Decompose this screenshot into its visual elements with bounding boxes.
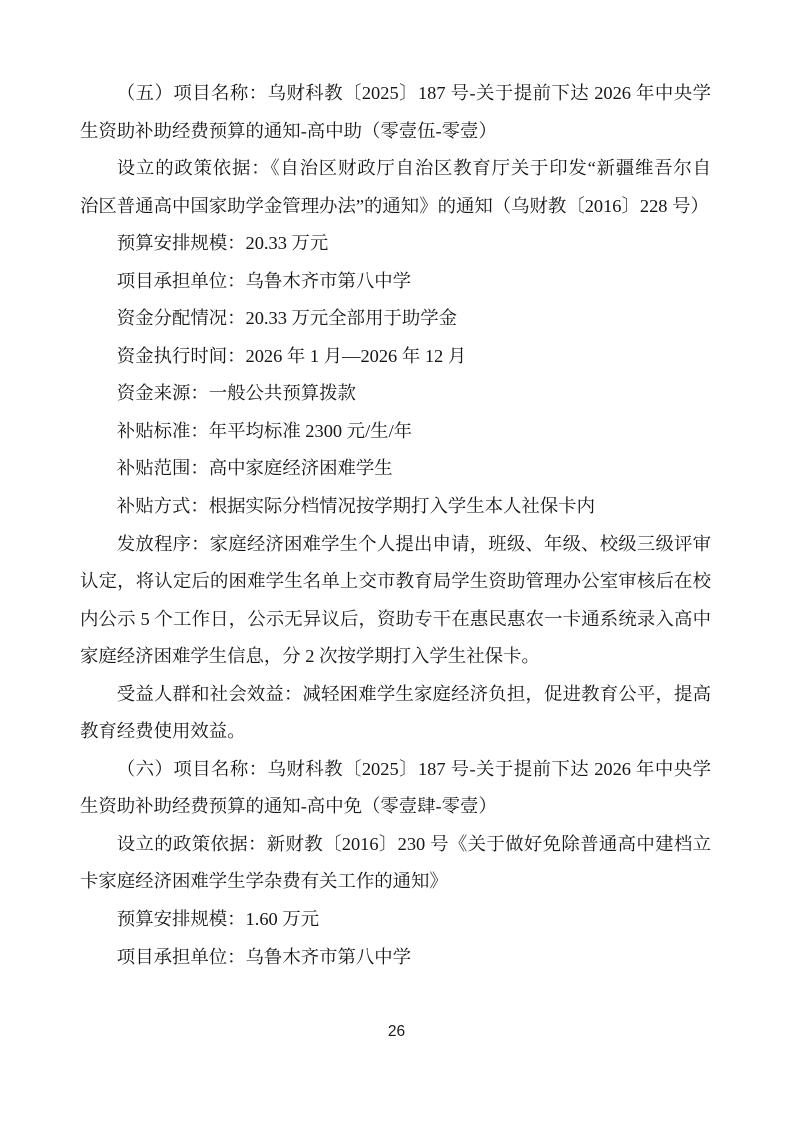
document-line: 设立的政策依据：《自治区财政厅自治区教育厅关于印发“新疆维吾尔自 xyxy=(80,150,711,188)
paragraph: 设立的政策依据：《自治区财政厅自治区教育厅关于印发“新疆维吾尔自治区普通高中国家… xyxy=(80,150,711,225)
paragraph: 项目承担单位：乌鲁木齐市第八中学 xyxy=(80,263,711,301)
paragraph: 资金执行时间：2026 年 1 月—2026 年 12 月 xyxy=(80,338,711,376)
document-line: 家庭经济困难学生信息，分 2 次按学期打入学生社保卡。 xyxy=(80,638,711,676)
document-line: 卡家庭经济困难学生学杂费有关工作的通知》 xyxy=(80,863,711,901)
paragraph: （六）项目名称：乌财科教〔2025〕187 号-关于提前下达 2026 年中央学… xyxy=(80,751,711,826)
document-line: 资金来源：一般公共预算拨款 xyxy=(80,375,711,413)
paragraph: 补贴方式：根据实际分档情况按学期打入学生本人社保卡内 xyxy=(80,488,711,526)
document-line: 补贴标准：年平均标准 2300 元/生/年 xyxy=(80,413,711,451)
paragraph: 预算安排规模：20.33 万元 xyxy=(80,225,711,263)
paragraph: 项目承担单位：乌鲁木齐市第八中学 xyxy=(80,939,711,977)
paragraph: 补贴范围：高中家庭经济困难学生 xyxy=(80,450,711,488)
page-footer: 26 xyxy=(0,1024,793,1040)
document-line: 治区普通高中国家助学金管理办法”的通知》的通知（乌财教〔2016〕228 号） xyxy=(80,188,711,226)
paragraph: 设立的政策依据：新财教〔2016〕230 号《关于做好免除普通高中建档立卡家庭经… xyxy=(80,826,711,901)
document-line: 预算安排规模：1.60 万元 xyxy=(80,901,711,939)
paragraph: 受益人群和社会效益：减轻困难学生家庭经济负担，促进教育公平，提高教育经费使用效益… xyxy=(80,676,711,751)
page-number: 26 xyxy=(388,1023,405,1040)
document-line: 认定，将认定后的困难学生名单上交市教育局学生资助管理办公室审核后在校 xyxy=(80,563,711,601)
document-page: （五）项目名称：乌财科教〔2025〕187 号-关于提前下达 2026 年中央学… xyxy=(0,0,793,1122)
document-body: （五）项目名称：乌财科教〔2025〕187 号-关于提前下达 2026 年中央学… xyxy=(80,75,711,976)
document-line: （五）项目名称：乌财科教〔2025〕187 号-关于提前下达 2026 年中央学 xyxy=(80,75,711,113)
paragraph: 资金分配情况：20.33 万元全部用于助学金 xyxy=(80,300,711,338)
paragraph: 发放程序：家庭经济困难学生个人提出申请，班级、年级、校级三级评审认定，将认定后的… xyxy=(80,526,711,676)
document-line: 项目承担单位：乌鲁木齐市第八中学 xyxy=(80,939,711,977)
document-line: 教育经费使用效益。 xyxy=(80,713,711,751)
document-line: 资金执行时间：2026 年 1 月—2026 年 12 月 xyxy=(80,338,711,376)
document-line: 资金分配情况：20.33 万元全部用于助学金 xyxy=(80,300,711,338)
document-line: （六）项目名称：乌财科教〔2025〕187 号-关于提前下达 2026 年中央学 xyxy=(80,751,711,789)
document-line: 生资助补助经费预算的通知-高中免（零壹肆-零壹） xyxy=(80,788,711,826)
document-line: 设立的政策依据：新财教〔2016〕230 号《关于做好免除普通高中建档立 xyxy=(80,826,711,864)
document-line: 补贴范围：高中家庭经济困难学生 xyxy=(80,450,711,488)
paragraph: 补贴标准：年平均标准 2300 元/生/年 xyxy=(80,413,711,451)
document-line: 预算安排规模：20.33 万元 xyxy=(80,225,711,263)
document-line: 补贴方式：根据实际分档情况按学期打入学生本人社保卡内 xyxy=(80,488,711,526)
document-line: 生资助补助经费预算的通知-高中助（零壹伍-零壹） xyxy=(80,113,711,151)
document-line: 项目承担单位：乌鲁木齐市第八中学 xyxy=(80,263,711,301)
paragraph: 预算安排规模：1.60 万元 xyxy=(80,901,711,939)
document-line: 内公示 5 个工作日，公示无异议后，资助专干在惠民惠农一卡通系统录入高中 xyxy=(80,601,711,639)
paragraph: （五）项目名称：乌财科教〔2025〕187 号-关于提前下达 2026 年中央学… xyxy=(80,75,711,150)
document-line: 发放程序：家庭经济困难学生个人提出申请，班级、年级、校级三级评审 xyxy=(80,526,711,564)
paragraph: 资金来源：一般公共预算拨款 xyxy=(80,375,711,413)
document-line: 受益人群和社会效益：减轻困难学生家庭经济负担，促进教育公平，提高 xyxy=(80,676,711,714)
